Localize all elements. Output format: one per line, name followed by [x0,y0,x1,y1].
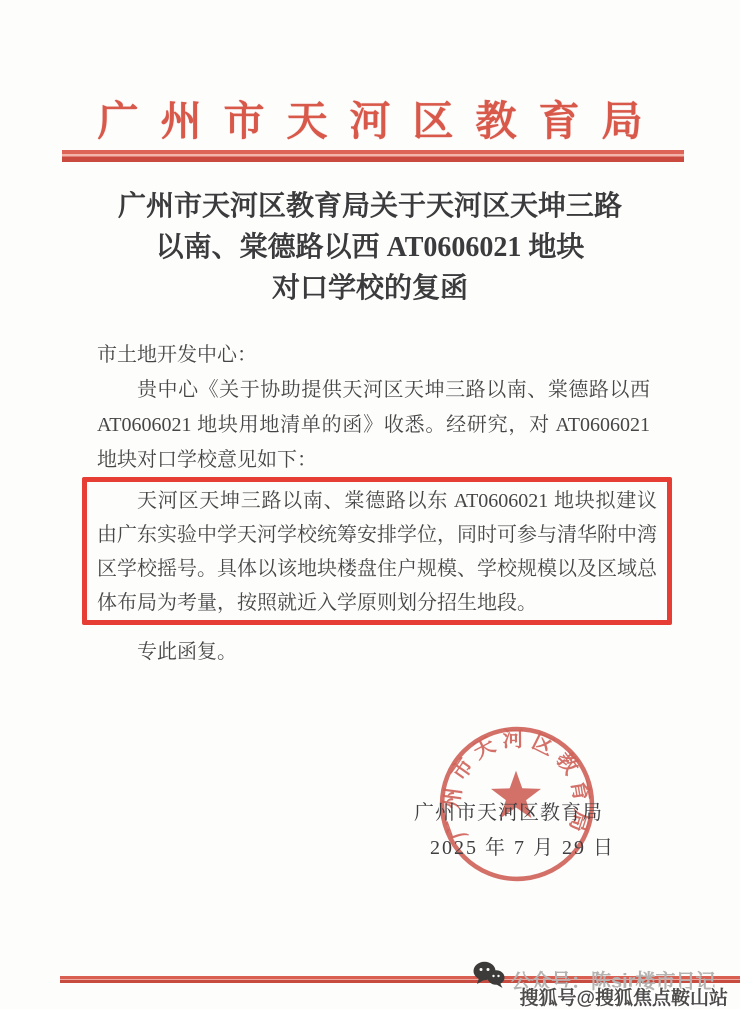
document-title-line: 以南、棠德路以西 AT0606021 地块 [0,227,740,268]
highlight-line: 由广东实验中学天河学校统筹安排学位，同时可参与清华附中湾 [97,518,657,552]
closing-phrase: 专此函复。 [137,635,237,664]
highlight-line: 体布局为考量，按照就近入学原则划分招生地段。 [97,586,657,620]
highlight-line: 区学校摇号。具体以该地块楼盘住户规模、学校规模以及区域总 [97,552,657,586]
salutation: 市土地开发中心： [97,338,650,373]
sohu-account-watermark: 搜狐号@搜狐焦点鞍山站 [519,983,728,1009]
body-paragraph-line: 地块对口学校意见如下： [97,443,650,478]
body-paragraph-line: AT0606021 地块用地清单的函》收悉。经研究，对 AT0606021 [97,408,650,443]
document-title-line: 广州市天河区教育局关于天河区天坤三路 [0,186,740,227]
letterhead-divider-rule [62,150,684,162]
signature-agency-name: 广州市天河区教育局 [414,796,603,825]
highlight-line: 天河区天坤三路以南、棠德路以东 AT0606021 地块拟建议 [97,484,657,518]
highlighted-opinion-box: 天河区天坤三路以南、棠德路以东 AT0606021 地块拟建议 由广东实验中学天… [82,477,672,625]
document-title: 广州市天河区教育局关于天河区天坤三路 以南、棠德路以西 AT0606021 地块… [0,186,740,309]
letterhead-agency-name: 广州市天河区教育局 [0,88,740,147]
scanned-official-letter: 广州市天河区教育局 广州市天河区教育局关于天河区天坤三路 以南、棠德路以西 AT… [0,0,740,1009]
document-title-line: 对口学校的复函 [0,268,740,309]
letter-body: 市土地开发中心： 贵中心《关于协助提供天河区天坤三路以南、棠德路以西 AT060… [97,338,650,478]
signature-date: 2025 年 7 月 29 日 [430,831,615,860]
body-paragraph-line: 贵中心《关于协助提供天河区天坤三路以南、棠德路以西 [97,373,650,408]
wechat-icon [473,960,505,990]
